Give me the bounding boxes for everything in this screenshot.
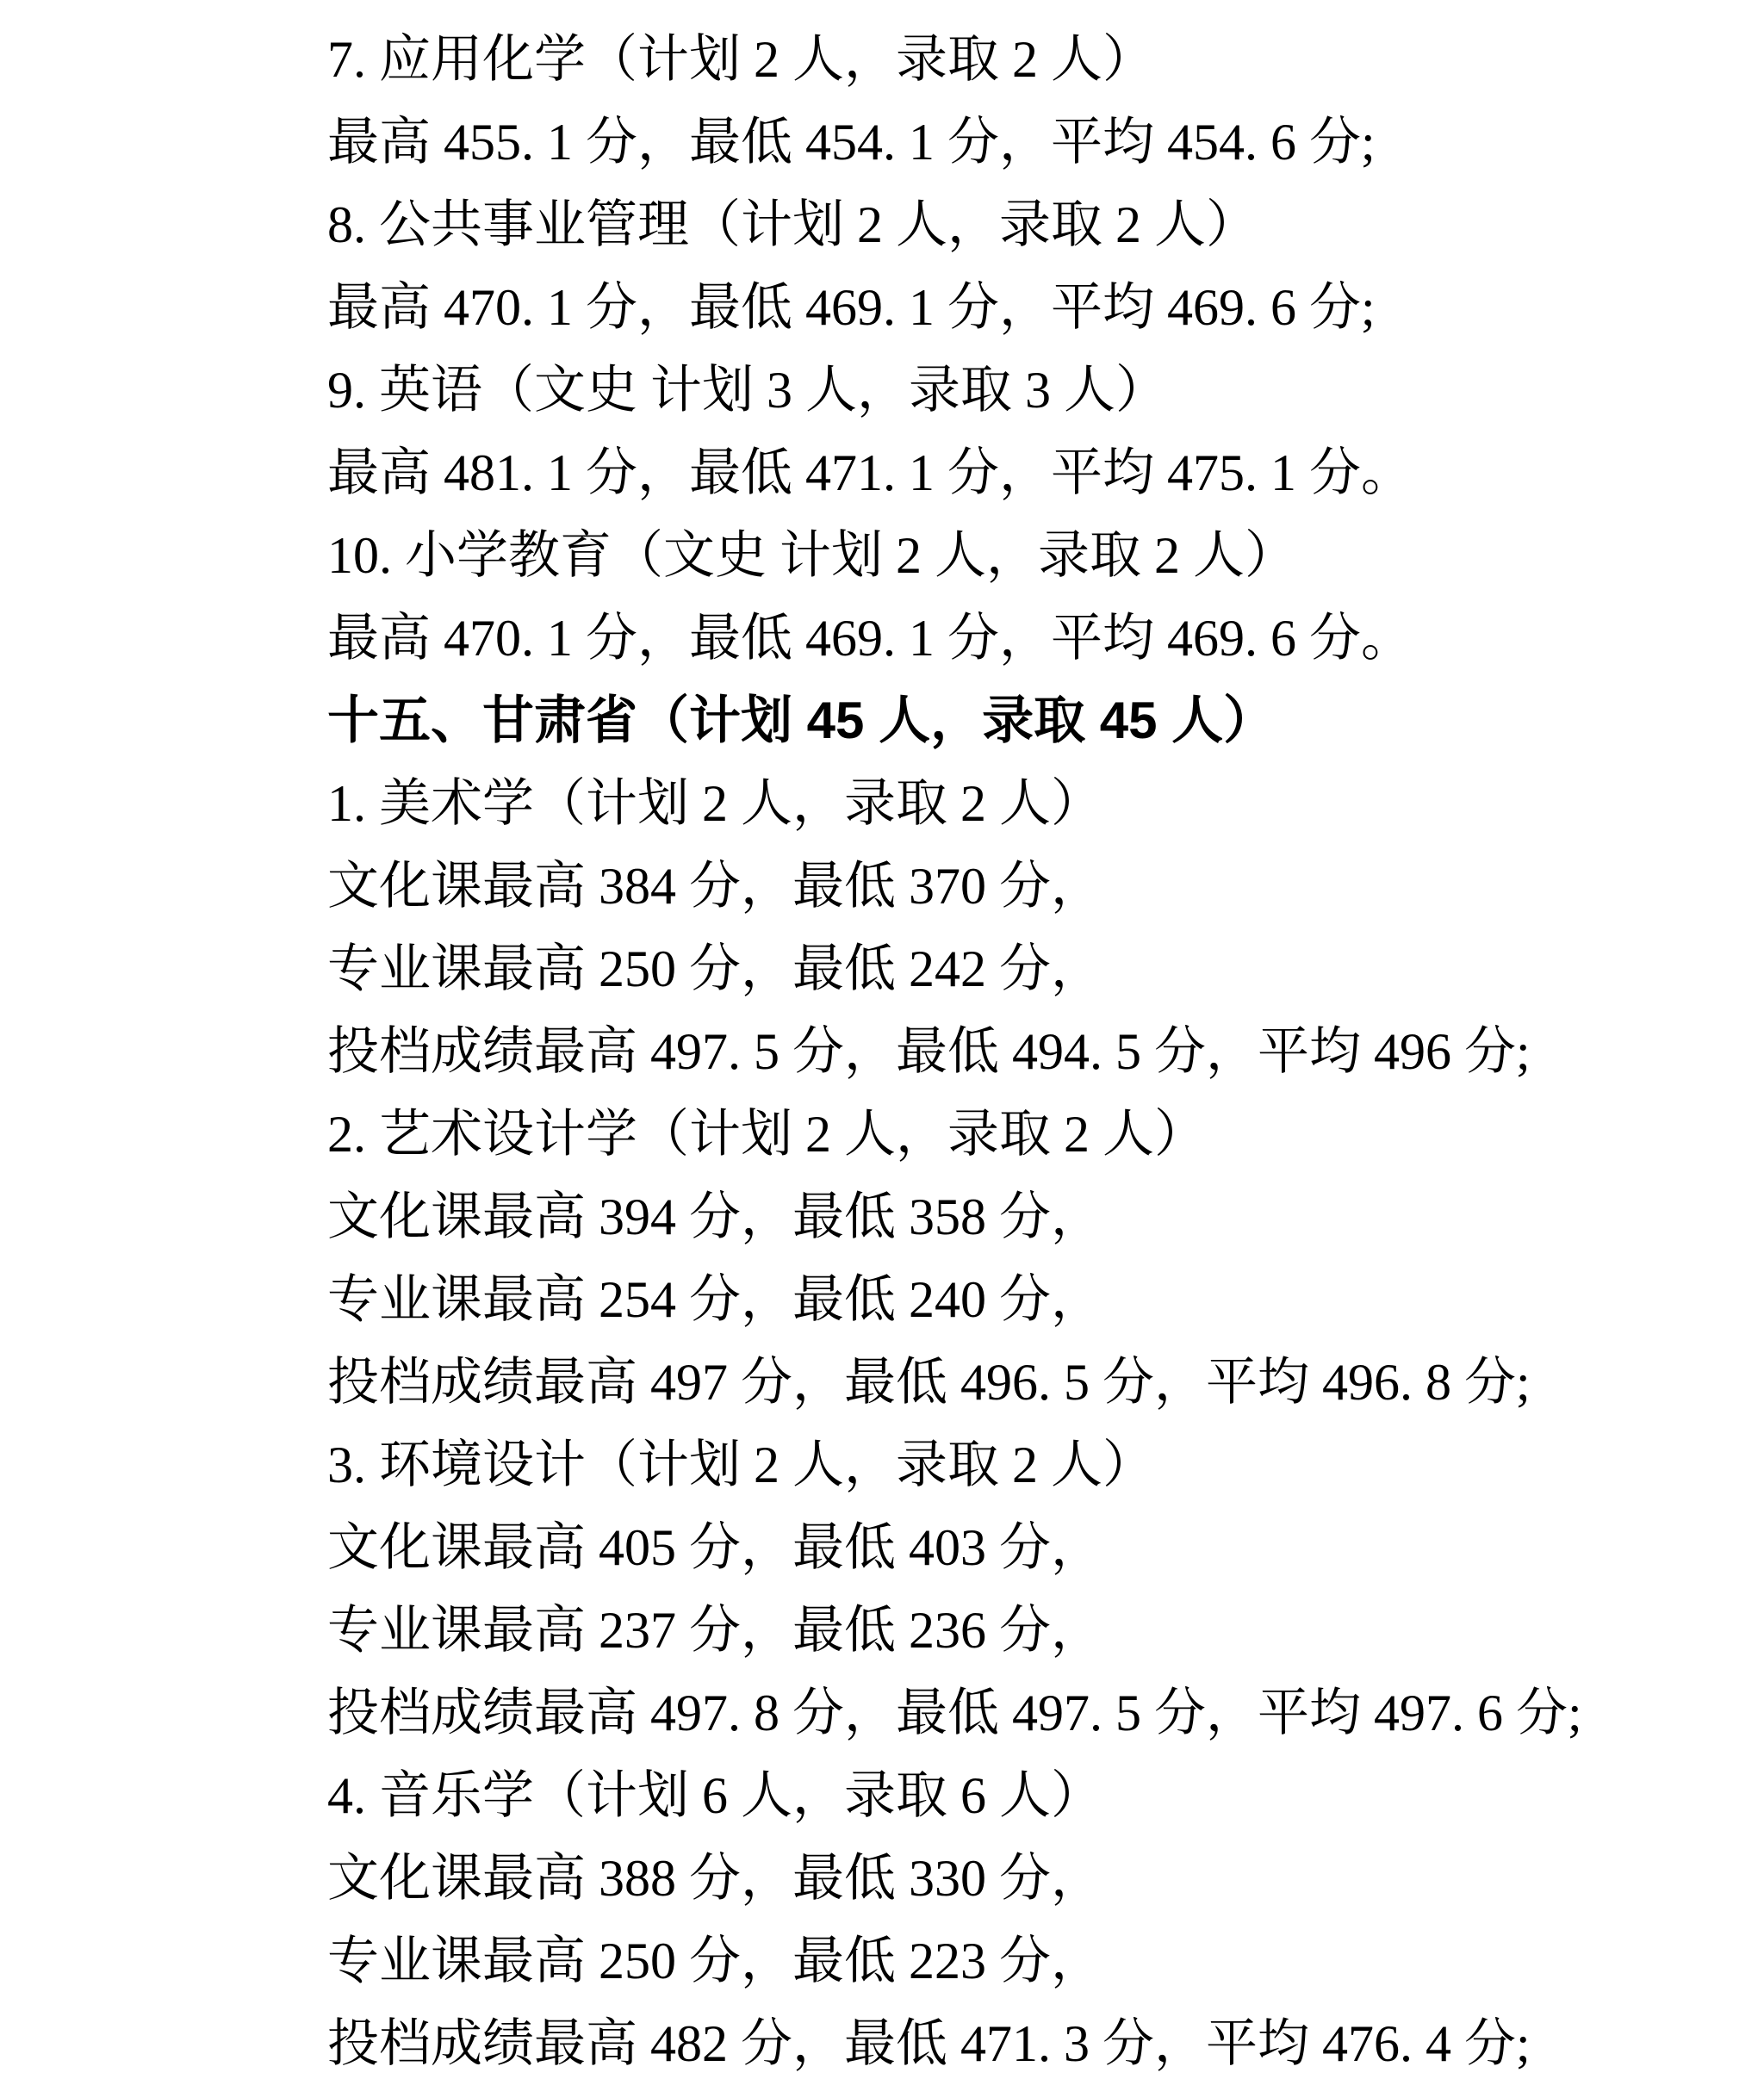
scores-english: 最高 481. 1 分，最低 471. 1 分，平均 475. 1 分。 bbox=[327, 431, 1738, 514]
specialty-scores-musicology: 专业课最高 250 分，最低 223 分， bbox=[327, 1920, 1738, 2002]
major-1-fine-arts: 1. 美术学（计划 2 人，录取 2 人） bbox=[327, 762, 1738, 845]
scores-applied-chemistry: 最高 455. 1 分，最低 454. 1 分，平均 454. 6 分; bbox=[327, 101, 1738, 183]
culture-scores-musicology: 文化课最高 388 分，最低 330 分， bbox=[327, 1837, 1738, 1920]
admission-scores-musicology: 投档成绩最高 482 分，最低 471. 3 分，平均 476. 4 分; bbox=[327, 2002, 1738, 2085]
section-heading-gansu-province: 十五、甘肃省（计划 45 人，录取 45 人） bbox=[327, 679, 1738, 762]
major-3-environment-design: 3. 环境设计（计划 2 人，录取 2 人） bbox=[327, 1424, 1738, 1506]
specialty-scores-environment-design: 专业课最高 237 分，最低 236 分， bbox=[327, 1589, 1738, 1672]
specialty-scores-fine-arts: 专业课最高 250 分，最低 242 分， bbox=[327, 928, 1738, 1010]
scores-primary-education: 最高 470. 1 分，最低 469. 1 分，平均 469. 6 分。 bbox=[327, 597, 1738, 679]
scores-public-administration: 最高 470. 1 分，最低 469. 1 分，平均 469. 6 分; bbox=[327, 266, 1738, 349]
major-2-art-design: 2. 艺术设计学（计划 2 人，录取 2 人） bbox=[327, 1093, 1738, 1176]
culture-scores-art-design: 文化课最高 394 分，最低 358 分， bbox=[327, 1176, 1738, 1258]
major-4-musicology: 4. 音乐学（计划 6 人，录取 6 人） bbox=[327, 1754, 1738, 1837]
admission-scores-environment-design: 投档成绩最高 497. 8 分，最低 497. 5 分，平均 497. 6 分; bbox=[327, 1672, 1738, 1754]
major-9-english: 9. 英语（文史 计划 3 人，录取 3 人） bbox=[327, 349, 1738, 431]
major-8-public-administration: 8. 公共事业管理（计划 2 人，录取 2 人） bbox=[327, 183, 1738, 266]
culture-scores-fine-arts: 文化课最高 384 分，最低 370 分， bbox=[327, 845, 1738, 928]
specialty-scores-art-design: 专业课最高 254 分，最低 240 分， bbox=[327, 1258, 1738, 1341]
culture-scores-environment-design: 文化课最高 405 分，最低 403 分， bbox=[327, 1506, 1738, 1589]
document-page: 7. 应用化学（计划 2 人，录取 2 人） 最高 455. 1 分，最低 45… bbox=[0, 0, 1764, 2085]
admission-scores-fine-arts: 投档成绩最高 497. 5 分，最低 494. 5 分，平均 496 分; bbox=[327, 1010, 1738, 1093]
admission-scores-art-design: 投档成绩最高 497 分，最低 496. 5 分，平均 496. 8 分; bbox=[327, 1341, 1738, 1424]
major-10-primary-education: 10. 小学教育（文史 计划 2 人，录取 2 人） bbox=[327, 514, 1738, 597]
major-7-applied-chemistry: 7. 应用化学（计划 2 人，录取 2 人） bbox=[327, 18, 1738, 101]
